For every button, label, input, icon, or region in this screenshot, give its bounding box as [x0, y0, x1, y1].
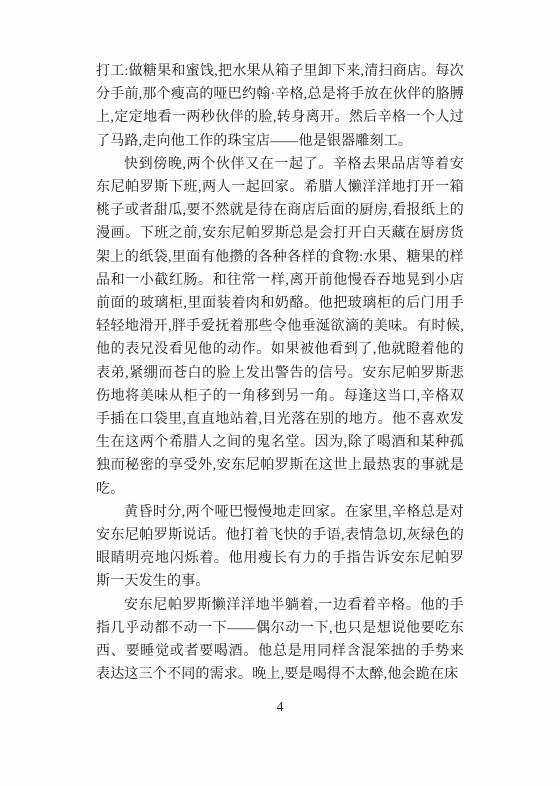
paragraph-3: 黄昏时分,两个哑巴慢慢地走回家。在家里,辛格总是对安东尼帕罗斯说话。他打着飞快的…: [96, 501, 464, 594]
text-block: 打工:做糖果和蜜饯,把水果从箱子里卸下来,清扫商店。每次分手前,那个瘦高的哑巴约…: [96, 60, 464, 686]
paragraph-2: 快到傍晚,两个伙伴又在一起了。辛格去果品店等着安东尼帕罗斯下班,两人一起回家。希…: [96, 153, 464, 501]
page-number: 4: [0, 700, 560, 716]
paragraph-1: 打工:做糖果和蜜饯,把水果从箱子里卸下来,清扫商店。每次分手前,那个瘦高的哑巴约…: [96, 60, 464, 153]
book-page: 打工:做糖果和蜜饯,把水果从箱子里卸下来,清扫商店。每次分手前,那个瘦高的哑巴约…: [0, 0, 560, 786]
paragraph-4: 安东尼帕罗斯懒洋洋地半躺着,一边看着辛格。他的手指几乎动都不动一下——偶尔动一下…: [96, 594, 464, 687]
